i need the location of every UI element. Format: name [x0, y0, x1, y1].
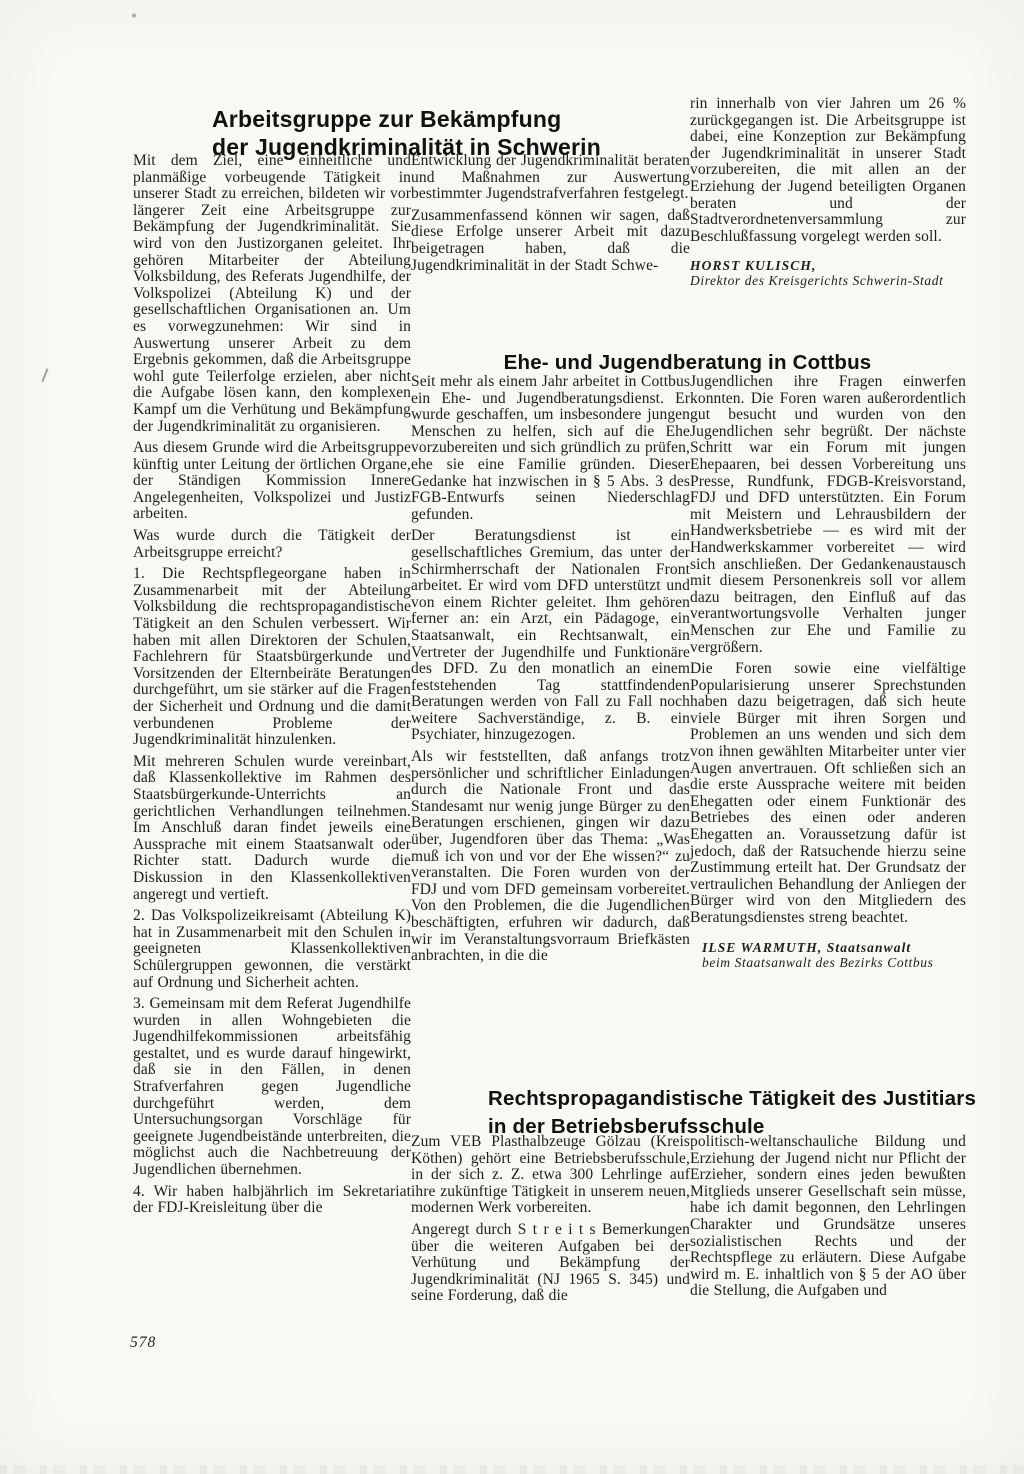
paragraph: rin innerhalb von vier Jahren um 26 % zu… — [690, 96, 966, 245]
paragraph: Der Beratungsdienst ist ein gesellschaft… — [411, 528, 690, 744]
article-2-title-line-1: Ehe- und Jugendberatung in Cottbus — [410, 351, 965, 375]
article-1-signature: HORST KULISCH, Direktor des Kreisgericht… — [690, 258, 966, 288]
paragraph: Seit mehr als einem Jahr arbeitet in Cot… — [411, 374, 690, 523]
article-2-column-right: Jugendlichen ihre Fragen einwerfen konnt… — [690, 374, 966, 970]
paragraph: 3. Gemeinsam mit dem Referat Jugendhilfe… — [133, 996, 411, 1179]
paragraph: Als wir feststellten, daß anfangs trotz … — [411, 749, 690, 965]
paragraph: 2. Das Volkspolizeikreisamt (Abteilung K… — [133, 908, 411, 991]
scan-speck-artifact — [131, 13, 137, 18]
article-1-column-right: rin innerhalb von vier Jahren um 26 % zu… — [690, 96, 966, 288]
article-3-column-left: Zum VEB Plasthalbzeuge Gölzau (Kreis Köt… — [411, 1134, 690, 1310]
paragraph: Zusammenfassend können wir sagen, daß di… — [411, 208, 690, 274]
signature-author-role: Direktor des Kreisgerichts Schwerin-Stad… — [690, 273, 966, 288]
article-2-column-left: Seit mehr als einem Jahr arbeitet in Cot… — [411, 374, 690, 970]
article-2-signature: ILSE WARMUTH, Staatsanwalt beim Staatsan… — [690, 940, 966, 970]
paragraph: Jugendlichen ihre Fragen einwerfen konnt… — [690, 374, 966, 656]
paragraph: Was wurde durch die Tätigkeit der Arbeit… — [133, 528, 411, 561]
paragraph: Entwicklung der Jugendkriminalität berat… — [411, 153, 690, 203]
article-3-title-line-1: Rechtspropagandistische Tätigkeit des Ju… — [488, 1085, 976, 1113]
paragraph: Mit dem Ziel, eine einheitliche und plan… — [133, 153, 411, 435]
signature-author-name: ILSE WARMUTH, Staatsanwalt — [702, 940, 966, 955]
scan-slash-artifact — [41, 368, 48, 382]
paragraph: Angeregt durch S t r e i t s Bemerkungen… — [411, 1222, 690, 1305]
signature-author-role: beim Staatsanwalt des Bezirks Cottbus — [702, 955, 966, 970]
signature-author-name: HORST KULISCH, — [690, 258, 966, 273]
article-1-column-left: Mit dem Ziel, eine einheitliche und plan… — [133, 153, 411, 1222]
paragraph: Zum VEB Plasthalbzeuge Gölzau (Kreis Köt… — [411, 1134, 690, 1217]
paragraph: 1. Die Rechtspflegeorgane haben in Zusam… — [133, 566, 411, 749]
article-3-column-right: politisch-weltanschauliche Bildung und E… — [690, 1134, 966, 1305]
paragraph: politisch-weltanschauliche Bildung und E… — [690, 1134, 966, 1300]
page-number: 578 — [130, 1334, 156, 1352]
journal-page: Arbeitsgruppe zur Bekämpfung der Jugendk… — [0, 0, 1024, 1474]
paragraph: Aus diesem Grunde wird die Arbeitsgruppe… — [133, 440, 411, 523]
paragraph: Mit mehreren Schulen wurde vereinbart, d… — [133, 754, 411, 903]
scan-edge-noise — [0, 1465, 1024, 1474]
article-2-title: Ehe- und Jugendberatung in Cottbus — [410, 351, 965, 375]
paragraph: Die Foren sowie eine vielfältige Popular… — [690, 661, 966, 927]
paragraph: 4. Wir haben halbjährlich im Sekretariat… — [133, 1184, 411, 1217]
article-1-column-middle: Entwicklung der Jugendkriminalität berat… — [411, 153, 690, 279]
article-1-title-line-1: Arbeitsgruppe zur Bekämpfung — [212, 105, 601, 133]
